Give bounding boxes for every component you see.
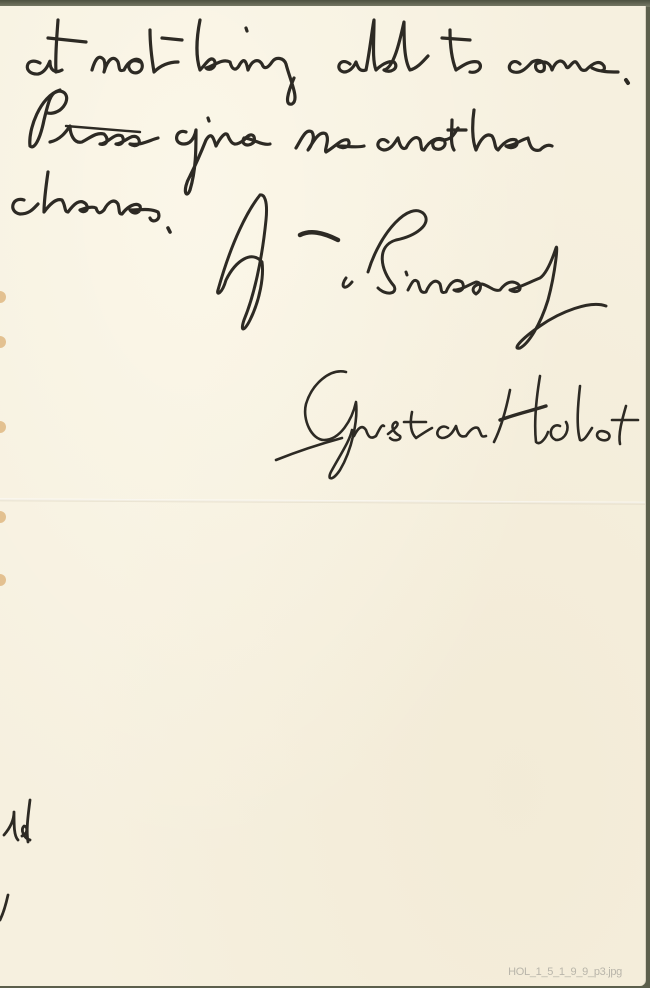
ink-closing bbox=[218, 195, 606, 348]
ink-signature bbox=[276, 371, 638, 478]
ink-line-3 bbox=[13, 172, 170, 232]
handwriting-ink bbox=[0, 0, 650, 988]
ink-margin-fragments bbox=[0, 800, 30, 920]
ink-line-1 bbox=[27, 20, 628, 104]
filename-watermark: HOL_1_5_1_9_9_p3.jpg bbox=[508, 966, 622, 978]
